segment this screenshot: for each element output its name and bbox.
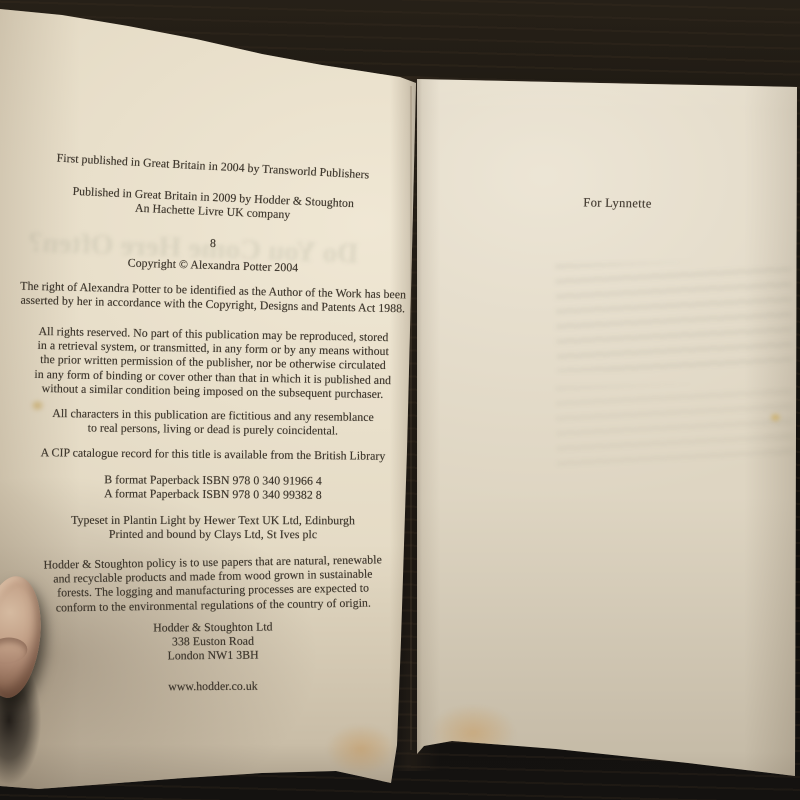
- photo-open-book: { "left_page": { "blocks": [ { "lines": …: [0, 0, 800, 800]
- all-rights-reserved-paragraph: All rights reserved. No part of this pub…: [11, 323, 414, 401]
- publisher-address: Hodder & Stoughton Ltd 338 Euston Road L…: [12, 618, 414, 664]
- text-line: First published in Great Britain in 2004…: [12, 148, 414, 184]
- isbn-lines: B format Paperback ISBN 978 0 340 91966 …: [12, 472, 414, 503]
- text-line: www.hodder.co.uk: [12, 678, 414, 694]
- cip-record-line: A CIP catalogue record for this title is…: [12, 445, 414, 463]
- book-gutter: [410, 86, 412, 750]
- publisher-website: www.hodder.co.uk: [12, 678, 414, 694]
- imprint-first-published: First published in Great Britain in 2004…: [12, 148, 414, 184]
- stain: [326, 724, 396, 774]
- paper-policy-paragraph: Hodder & Stoughton policy is to use pape…: [12, 552, 415, 615]
- ghost-text-bleedthrough: [555, 260, 793, 372]
- fictitious-characters-paragraph: All characters in this publication are f…: [12, 406, 414, 439]
- text-line: A format Paperback ISBN 978 0 340 99382 …: [12, 486, 414, 503]
- text-line: London NW1 3BH: [12, 647, 414, 665]
- dedication-text: For Lynnette: [545, 195, 690, 213]
- text-line: A CIP catalogue record for this title is…: [12, 445, 414, 463]
- typeset-printed-lines: Typeset in Plantin Light by Hewer Text U…: [12, 513, 414, 542]
- ghost-text-bleedthrough: [555, 382, 792, 468]
- text-line: Typeset in Plantin Light by Hewer Text U…: [12, 513, 414, 528]
- stain: [430, 704, 516, 762]
- text-line: Printed and bound by Clays Ltd, St Ives …: [12, 527, 414, 542]
